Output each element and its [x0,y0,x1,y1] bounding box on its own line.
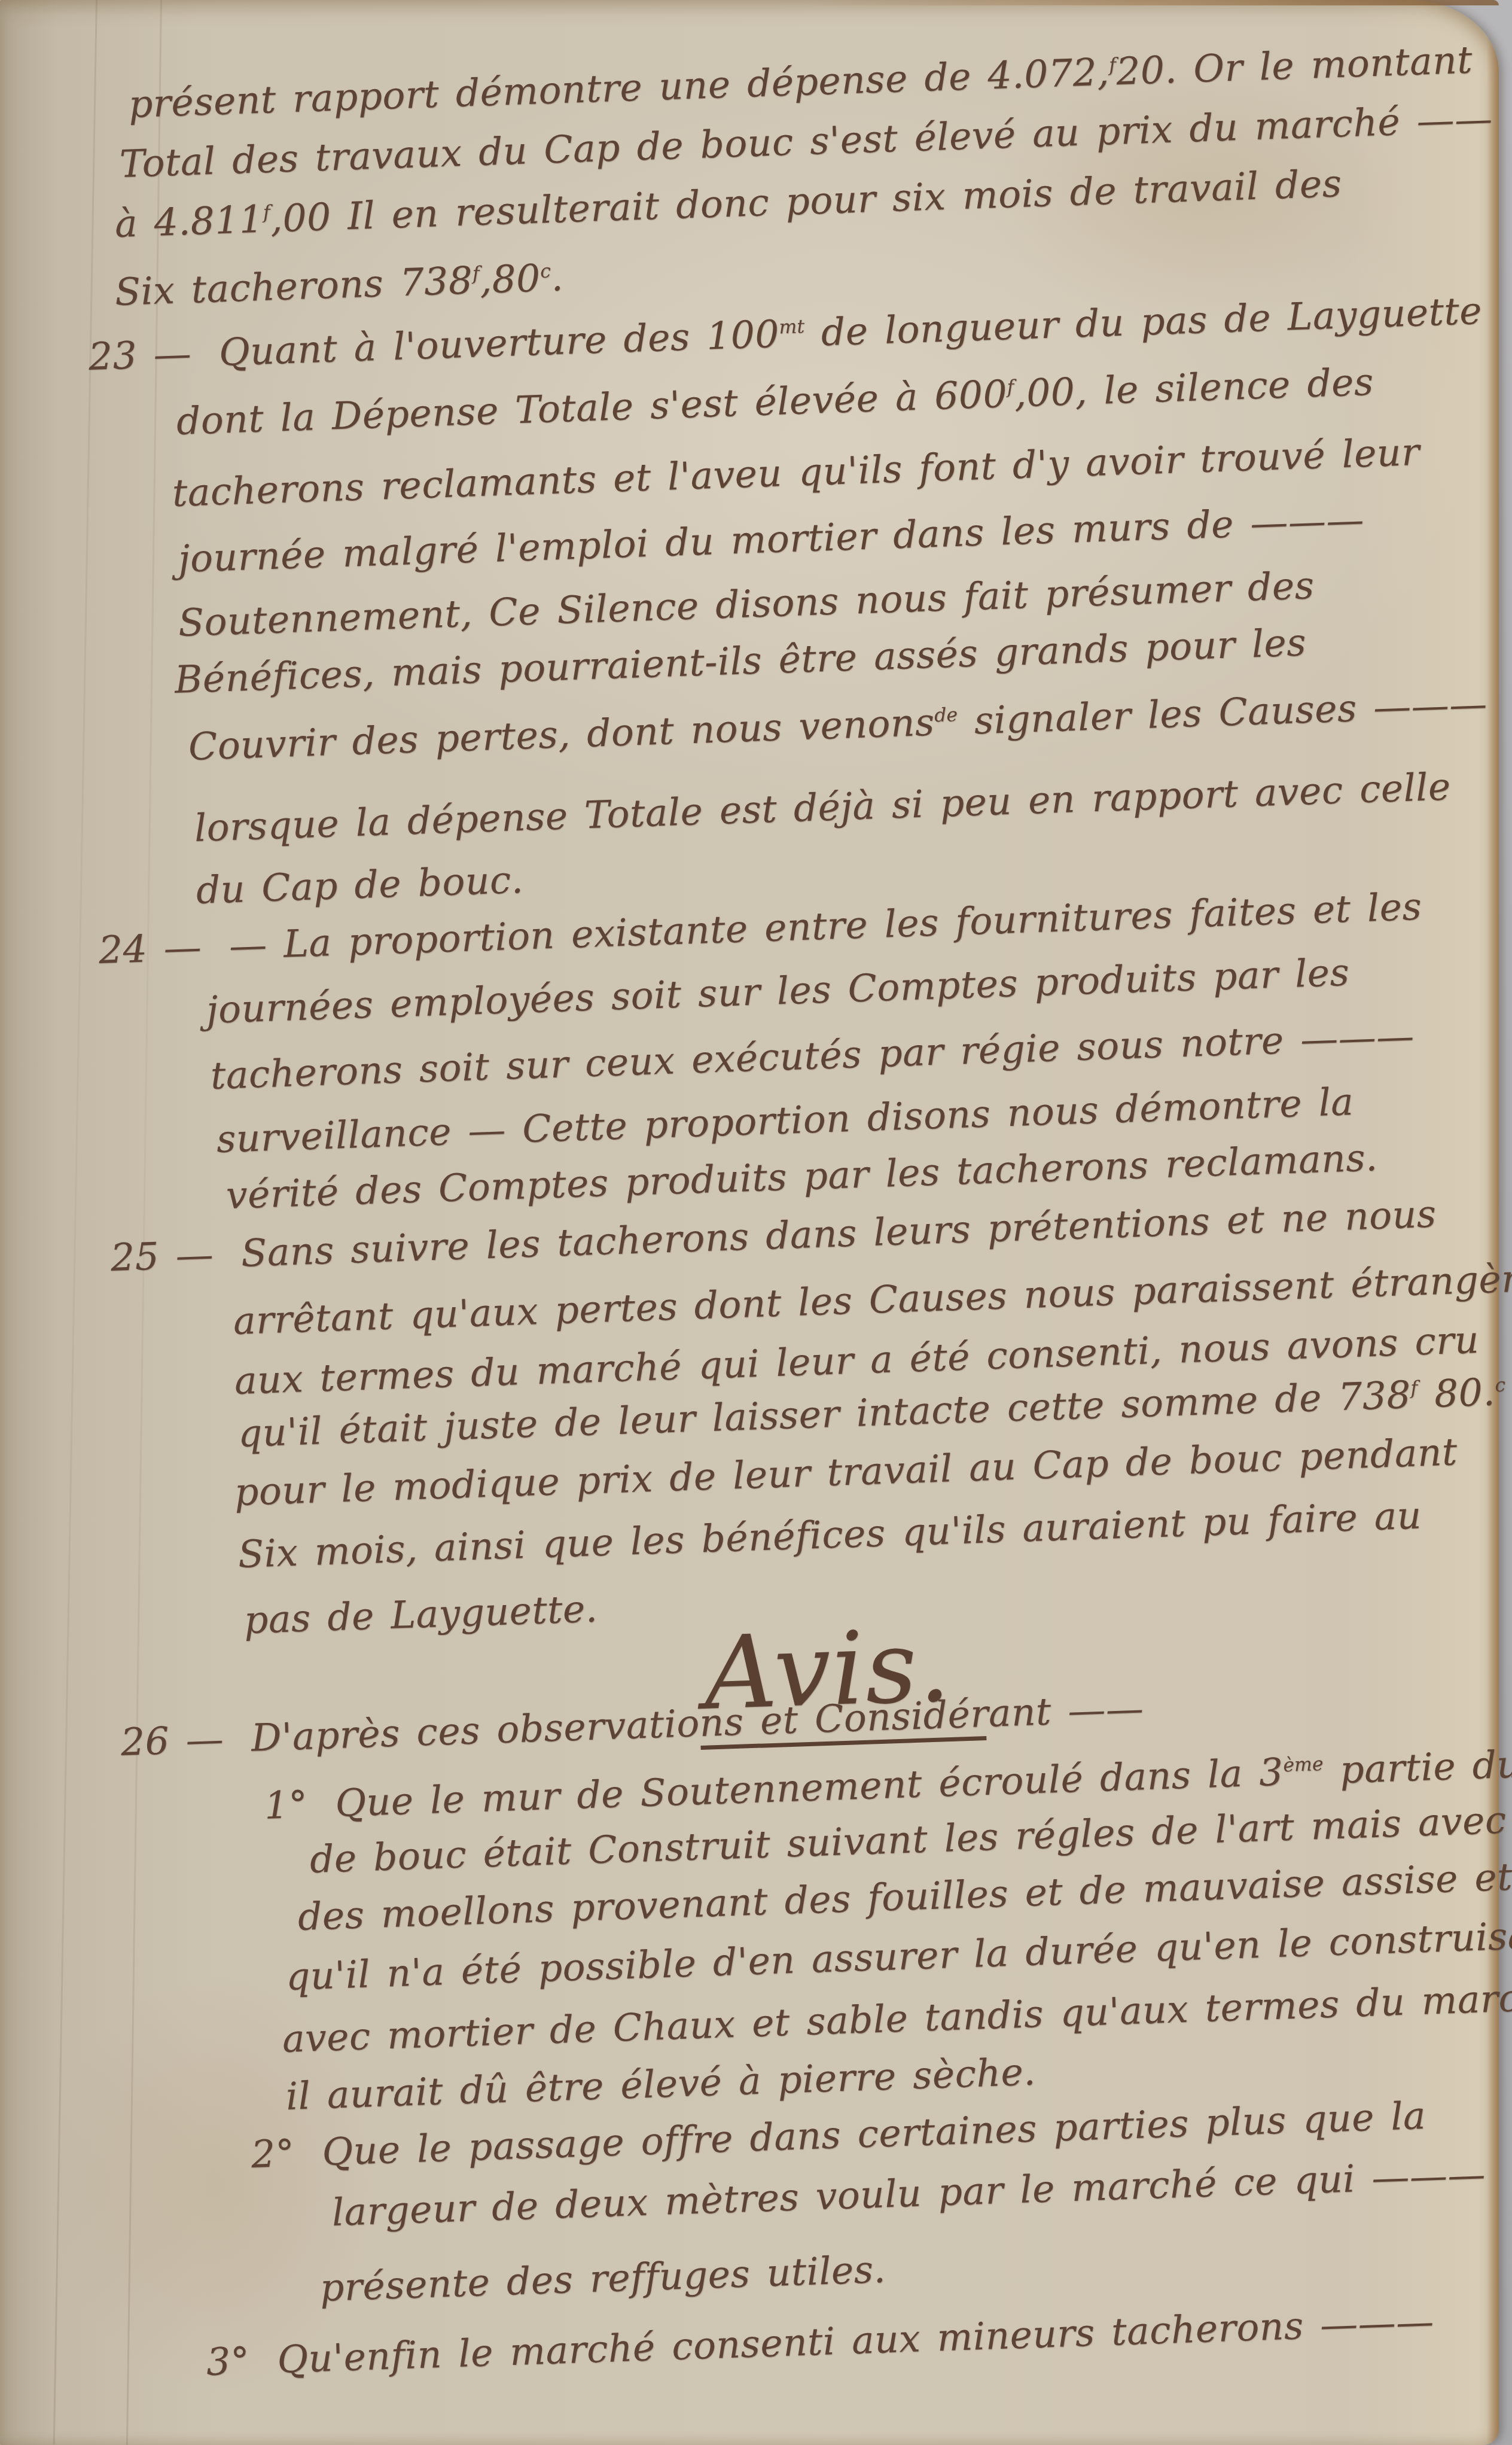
manuscript-line: 26 —D'après ces observations et Considér… [120,1686,1145,1764]
paper-sheet: présent rapport démontre une dépense de … [0,0,1499,2445]
paragraph-number: 3° [206,2339,251,2384]
manuscript-text-layer: présent rapport démontre une dépense de … [0,0,1512,2445]
manuscript-line: Couvrir des pertes, dont nous venonsde s… [188,682,1488,769]
line-text: dont la Dépense Totale s'est élevée à 60… [176,360,1374,443]
manuscript-line: 3°Qu'enfin le marché consenti aux mineur… [206,2300,1435,2384]
line-text: Six tacherons 738f,80c. [114,255,564,314]
line-text: pas de Layguette. [243,1587,599,1642]
manuscript-line: Six tacherons 738f,80c. [114,255,564,314]
paragraph-number: 1° [264,1783,309,1828]
manuscript-line: dont la Dépense Totale s'est élevée à 60… [176,360,1374,443]
paragraph-number: 26 — [120,1717,225,1764]
line-text: Qu'enfin le marché consenti aux mineurs … [276,2300,1434,2382]
paragraph-number: 23 — [88,331,193,379]
manuscript-line: pas de Layguette. [243,1587,599,1642]
manuscript-line: présente des reffuges utiles. [319,2248,886,2310]
manuscript-line: il aurait dû être élevé à pierre sèche. [285,2050,1037,2118]
line-text: il aurait dû être élevé à pierre sèche. [285,2050,1037,2118]
line-text: D'après ces observations et Considérant … [251,1686,1144,1759]
line-text: présente des reffuges utiles. [319,2248,886,2310]
paragraph-number: 25 — [110,1232,215,1280]
manuscript-line: lorsque la dépense Totale est déjà si pe… [194,765,1452,850]
paragraph-number: 2° [251,2132,295,2176]
paragraph-number: 24 — [98,925,203,972]
line-text: Couvrir des pertes, dont nous venonsde s… [188,682,1488,769]
line-text: du Cap de bouc. [196,858,524,912]
manuscript-line: du Cap de bouc. [196,858,524,912]
line-text: lorsque la dépense Totale est déjà si pe… [194,765,1452,850]
